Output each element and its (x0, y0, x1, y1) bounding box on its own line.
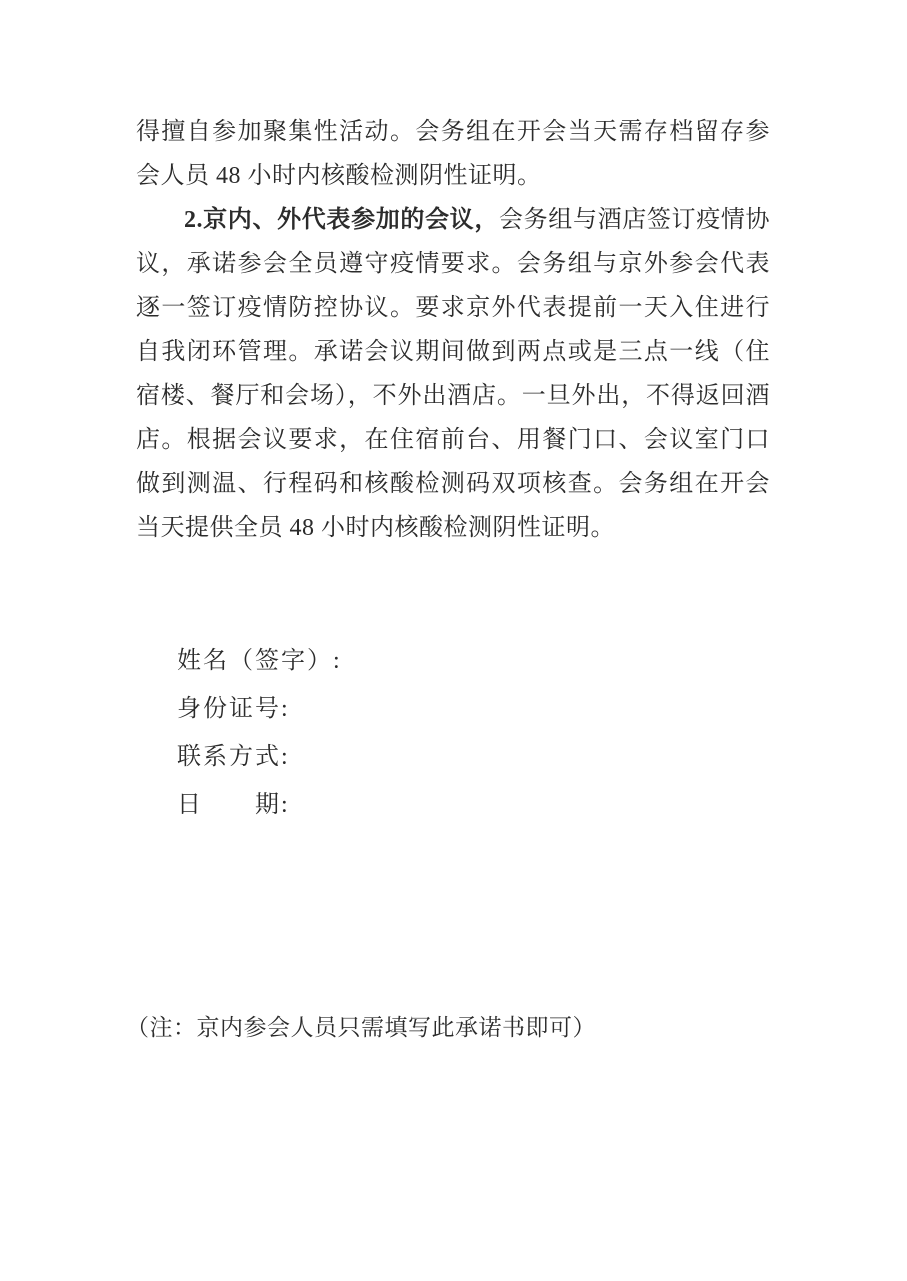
paragraph-2-heading: 2.京内、外代表参加的会议， (184, 207, 499, 233)
body-text: 得擅自参加聚集性活动。会务组在开会当天需存档留存参会人员 48 小时内核酸检测阴… (136, 110, 770, 550)
signature-block: 姓名（签字）: 身份证号: 联系方式: 日 期: (177, 637, 342, 829)
footer-note: （注：京内参会人员只需填写此承诺书即可） (126, 1010, 596, 1046)
paragraph-2-text: 会务组与酒店签订疫情协议，承诺参会全员遵守疫情要求。会务组与京外参会代表逐一签订… (136, 207, 770, 541)
paragraph-2: 2.京内、外代表参加的会议，会务组与酒店签订疫情协议，承诺参会全员遵守疫情要求。… (136, 198, 770, 550)
paragraph-continuation: 得擅自参加聚集性活动。会务组在开会当天需存档留存参会人员 48 小时内核酸检测阴… (136, 110, 770, 198)
name-signature-label: 姓名（签字）: (177, 637, 342, 685)
id-number-label: 身份证号: (177, 685, 342, 733)
date-label: 日 期: (177, 781, 342, 829)
contact-label: 联系方式: (177, 733, 342, 781)
document-page: 得擅自参加聚集性活动。会务组在开会当天需存档留存参会人员 48 小时内核酸检测阴… (0, 0, 907, 1281)
